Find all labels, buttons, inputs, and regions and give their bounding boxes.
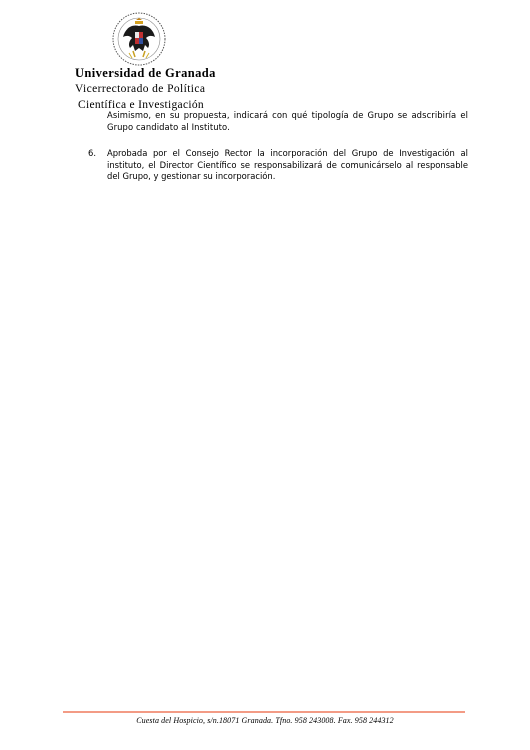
list-item-number: 6. (88, 148, 96, 160)
paragraph-continuation: Asimismo, en su propuesta, indicará con … (107, 110, 468, 133)
university-crest-icon (111, 11, 167, 67)
footer-address: Cuesta del Hospicio, s/n.18071 Granada. … (0, 716, 530, 725)
footer-divider (63, 711, 465, 713)
list-item-text: Aprobada por el Consejo Rector la incorp… (107, 148, 468, 183)
letterhead: Universidad de Granada Vicerrectorado de… (75, 66, 216, 113)
university-name: Universidad de Granada (75, 66, 216, 81)
vicerrectorado-line-1: Vicerrectorado de Política (75, 81, 216, 97)
